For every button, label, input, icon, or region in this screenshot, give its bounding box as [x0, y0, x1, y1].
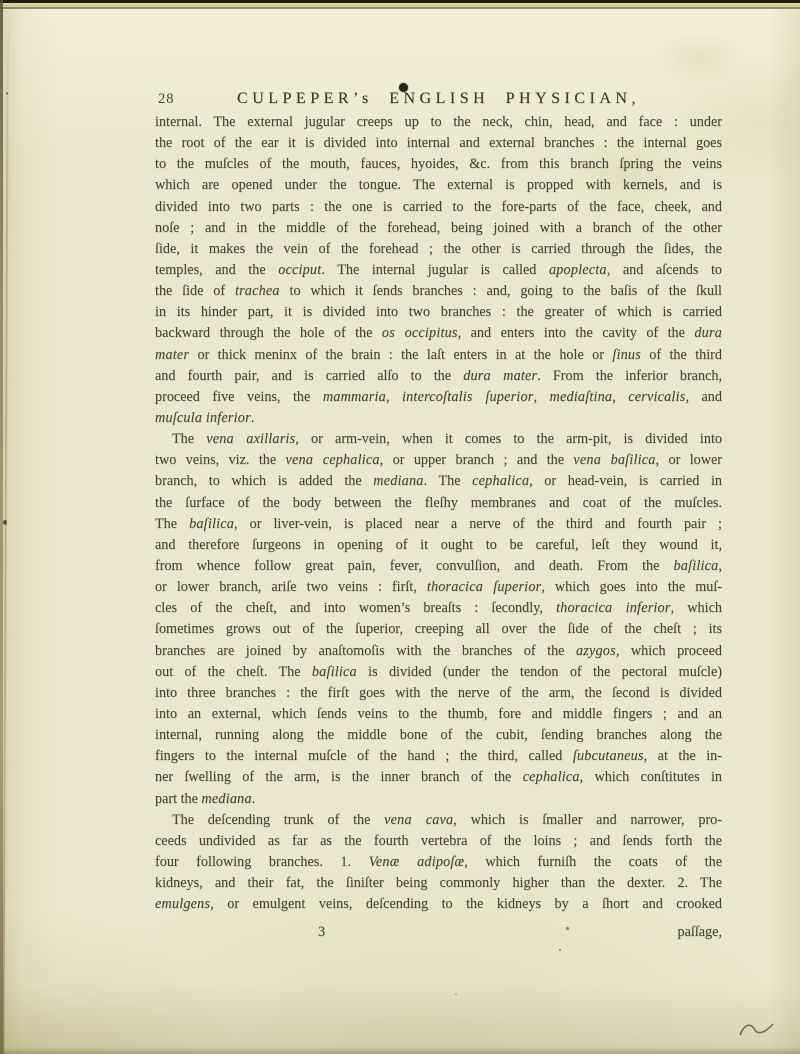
text-line: into three branches : the firſt goes wit… [155, 683, 722, 704]
text-line: internal. The external jugular creeps up… [155, 112, 722, 133]
text-line: the ſide of trachea to which it ſends br… [155, 281, 722, 302]
page-left-crease [2, 0, 9, 1054]
text-line: four following branches. 1. Venæ adipoſæ… [155, 852, 722, 873]
text-line: in its hinder part, it is divided into t… [155, 302, 722, 323]
text-line: kidneys, and their fat, the ſiniſter bei… [155, 873, 722, 894]
text-line: fingers to the internal muſcle of the ha… [155, 746, 722, 767]
text-line: proceed five veins, the mammaria, interc… [155, 387, 722, 408]
text-line: part the mediana. [155, 789, 722, 810]
text-line: cles of the cheſt, and into women’s brea… [155, 598, 722, 619]
book-page-scan: 28 CULPEPER’s ENGLISH PHYSICIAN, interna… [0, 0, 800, 1054]
text-line: noſe ; and in the middle of the forehead… [155, 218, 722, 239]
text-line: ner ſwelling of the arm, is the inner br… [155, 767, 722, 788]
signature-mark: 3 [318, 921, 325, 943]
text-line: mater or thick meninx of the brain : the… [155, 345, 722, 366]
body-text-block: internal. The external jugular creeps up… [155, 112, 722, 915]
catchword: paſſage, [677, 921, 722, 943]
text-line: ceeds undivided as far as the fourth ver… [155, 831, 722, 852]
text-line: branch, to which is added the mediana. T… [155, 471, 722, 492]
text-line: The vena axillaris, or arm-vein, when it… [155, 429, 722, 450]
page-bottom-edge [0, 1047, 800, 1054]
text-line: The baſilica, or liver-vein, is placed n… [155, 514, 722, 535]
text-line: ſide, it makes the vein of the forehead … [155, 239, 722, 260]
text-line: two veins, viz. the vena cephalica, or u… [155, 450, 722, 471]
text-line: from whence follow great pain, fever, co… [155, 556, 722, 577]
text-line: internal, running along the middle bone … [155, 725, 722, 746]
text-line: branches are joined by anaſtomoſis with … [155, 641, 722, 662]
running-title: CULPEPER’s ENGLISH PHYSICIAN, [155, 86, 722, 112]
pen-squiggle-mark [737, 1018, 777, 1042]
signature-line: 3 paſſage, [155, 921, 722, 943]
text-line: The deſcending trunk of the vena cava, w… [155, 810, 722, 831]
text-line: ſometimes grows out of the ſuperior, cre… [155, 619, 722, 640]
paper-speck [455, 993, 457, 995]
text-line: the ſurface of the body between the fleſ… [155, 493, 722, 514]
text-line: temples, and the occiput. The internal j… [155, 260, 722, 281]
paper-speck [3, 520, 7, 525]
text-line: divided into two parts : the one is carr… [155, 197, 722, 218]
text-line: the root of the ear it is divided into i… [155, 133, 722, 154]
text-line: and therefore ſurgeons in opening of it … [155, 535, 722, 556]
page-top-rule [0, 7, 800, 9]
text-line: backward through the hole of the os occi… [155, 323, 722, 344]
paper-speck [6, 92, 8, 95]
text-line: muſcula inferior. [155, 408, 722, 429]
text-line: out of the cheſt. The baſilica is divide… [155, 662, 722, 683]
text-line: and fourth pair, and is carried alſo to … [155, 366, 722, 387]
text-line: into an external, which ſends veins to t… [155, 704, 722, 725]
page-number: 28 [158, 86, 175, 112]
text-line: or lower branch, ariſe two veins : firſt… [155, 577, 722, 598]
text-line: to the muſcles of the mouth, fauces, hyo… [155, 154, 722, 175]
text-line: which are opened under the tongue. The e… [155, 175, 722, 196]
text-line: emulgens, or emulgent veins, deſcending … [155, 894, 722, 915]
page-header: 28 CULPEPER’s ENGLISH PHYSICIAN, [155, 86, 722, 112]
paper-speck [559, 949, 561, 951]
